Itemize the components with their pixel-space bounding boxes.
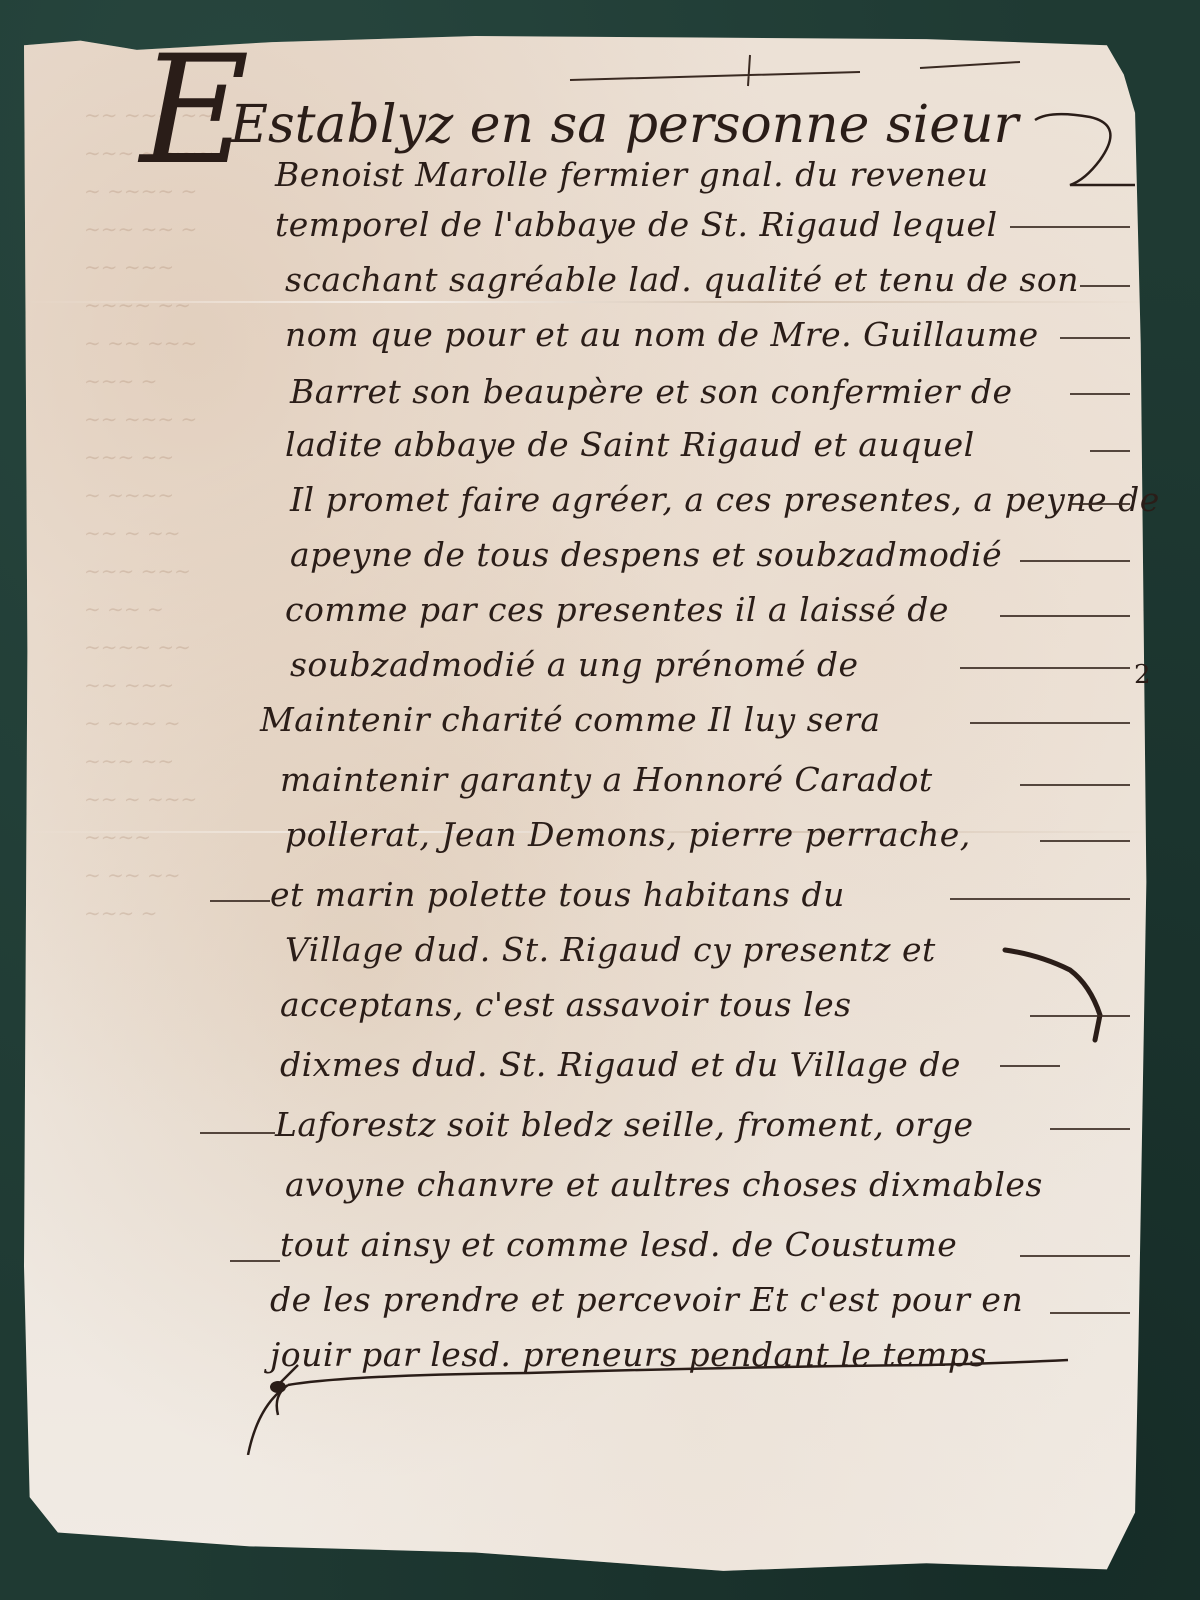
line-filler-rule <box>1050 1312 1130 1314</box>
line-filler-rule <box>1020 784 1130 786</box>
manuscript-line-2: Benoist Marolle fermier gnal. du reveneu <box>275 155 989 194</box>
top-ruling-mark <box>560 50 1060 90</box>
line-filler-rule <box>1000 615 1130 617</box>
line-start-rule <box>200 1132 275 1134</box>
manuscript-line-18: dixmes dud. St. Rigaud et du Village de <box>280 1045 961 1084</box>
manuscript-line-13: maintenir garanty a Honnoré Caradot <box>280 760 933 799</box>
manuscript-line-10: comme par ces presentes il a laissé de <box>285 590 949 629</box>
line-end-flourish <box>1000 945 1140 1045</box>
line-start-rule <box>230 1260 280 1262</box>
manuscript-line-12: Maintenir charité comme Il luy sera <box>260 700 881 739</box>
manuscript-line-19: Laforestz soit bledz seille, froment, or… <box>275 1105 973 1144</box>
line-filler-rule <box>1030 1015 1130 1017</box>
line-filler-rule <box>1060 337 1130 339</box>
line-filler-rule <box>960 667 1130 669</box>
line-filler-rule <box>1070 393 1130 395</box>
manuscript-line-22: de les prendre et percevoir Et c'est pou… <box>270 1280 1023 1319</box>
manuscript-line-3: temporel de l'abbaye de St. Rigaud leque… <box>275 205 998 244</box>
manuscript-line-9: apeyne de tous despens et soubzadmodié <box>290 535 1002 574</box>
line-start-rule <box>210 900 270 902</box>
line-filler-rule <box>1090 450 1130 452</box>
manuscript-line-8: Il promet faire agréer, a ces presentes,… <box>290 480 1160 519</box>
line-filler-rule <box>1020 560 1130 562</box>
line-end-flourish <box>1030 105 1140 195</box>
manuscript-line-21: tout ainsy et comme lesd. de Coustume <box>280 1225 957 1264</box>
line-filler-rule <box>1070 503 1130 505</box>
manuscript-line-7: ladite abbaye de Saint Rigaud et auquel <box>285 425 975 464</box>
manuscript-line-4: scachant sagréable lad. qualité et tenu … <box>285 260 1079 299</box>
manuscript-line-17: acceptans, c'est assavoir tous les <box>280 985 852 1024</box>
line-filler-rule <box>970 722 1130 724</box>
line-filler-rule <box>1000 1065 1060 1067</box>
manuscript-line-16: Village dud. St. Rigaud cy presentz et <box>285 930 936 969</box>
manuscript-line-20: avoyne chanvre et aultres choses dixmabl… <box>285 1165 1043 1204</box>
line-filler-rule <box>1010 226 1130 228</box>
manuscript-line-15: et marin polette tous habitans du <box>270 875 845 914</box>
line-filler-rule <box>950 898 1130 900</box>
line-filler-rule <box>1020 1255 1130 1257</box>
manuscript-line-6: Barret son beaupère et son confermier de <box>290 372 1013 411</box>
manuscript-line-11: soubzadmodié a ung prénomé de <box>290 645 859 684</box>
manuscript-line-1: Establyz en sa personne sieur <box>230 95 1018 155</box>
manuscript-line-5: nom que pour et au nom de Mre. Guillaume <box>285 315 1039 354</box>
folio-number: 2 <box>1134 660 1151 690</box>
manuscript-line-14: pollerat, Jean Demons, pierre perrache, <box>285 815 971 854</box>
line-filler-rule <box>1040 840 1130 842</box>
line-filler-rule <box>1050 1128 1130 1130</box>
line-filler-rule <box>1080 285 1130 287</box>
closing-flourish <box>228 1355 1088 1455</box>
bleed-through-text: ∼∼ ∼∼∼ ∼∼∼∼∼ ∼ ∼∼∼∼ ∼∼∼∼ ∼∼∼∼ ∼∼ ∼∼∼ ∼∼∼… <box>84 96 304 1296</box>
